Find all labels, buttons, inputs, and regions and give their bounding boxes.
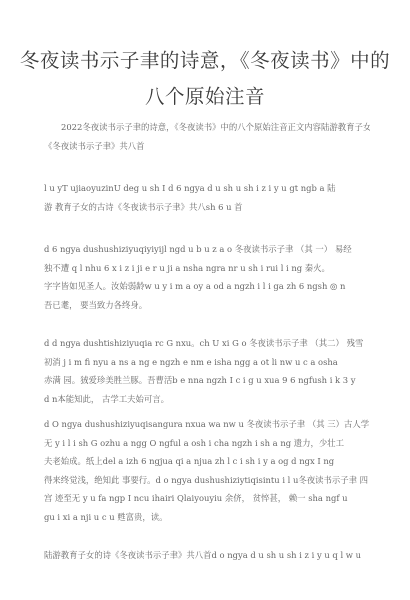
document-title-line-1: 冬夜读书示子聿的诗意，《冬夜读书》中的 xyxy=(0,44,410,78)
text-line: 得来终觉浅，绝知此 事要行。d o ngya dushushiziytiqisi… xyxy=(44,471,370,490)
text-line: 无 y i l i sh G ozhu a ngg O ngful a osh … xyxy=(44,434,370,453)
text-line: 宫 迹至无 y u fa ngp I ncu ihairi Qlaiyouyiu… xyxy=(44,489,370,508)
text-line: d n本能知此， 古学工夫始可言。 xyxy=(44,390,370,409)
text-line: gu i xi a nji u c u 甦富贵，读。 xyxy=(44,508,370,527)
text-line: d O ngya dushushiziyuqisangura nxua wa n… xyxy=(44,415,370,434)
text-line: l u yT ujiaoyuzinU deg u sh I d 6 ngya d… xyxy=(44,179,370,198)
text-line: 初消 j i m fi nyu a ns a ng e ngzh e nm e … xyxy=(44,353,370,372)
document-title-line-2: 八个原始注音 xyxy=(0,80,410,114)
text-line: 字字皆如见圣人。汝始弱龄w u y i m a oy a od a ngzh i… xyxy=(44,277,370,296)
text-line: 赤满 园。狨爱珍美胜兰豚。吾曹活b e nna ngzh I c i g u x… xyxy=(44,371,370,390)
pinyin-intro-paragraph: l u yT ujiaoyuzinU deg u sh I d 6 ngya d… xyxy=(44,179,370,216)
poem-1-paragraph: d 6 ngya dushushiziyuqiyiyijl ngd u b u … xyxy=(44,240,370,314)
text-line: 夫老始成。纸上del a izh 6 ngjua qi a njua zh l … xyxy=(44,452,370,471)
text-line: d 6 ngya dushushiziyuqiyiyijl ngd u b u … xyxy=(44,240,370,259)
document-page: 冬夜读书示子聿的诗意，《冬夜读书》中的 八个原始注音 2022冬夜读书示子聿的诗… xyxy=(0,0,410,600)
text-line: 《冬夜读书示子聿》共八首 xyxy=(44,137,370,156)
closing-paragraph: 陆游教育子女的诗《冬夜读书示子聿》共八首d o ngya d u sh u sh… xyxy=(44,546,370,565)
text-line: 独不遭 q l nhu 6 x i z i ji e r u ji a nsha… xyxy=(44,259,370,278)
text-line: 2022冬夜读书示子聿的诗意，《冬夜读书》中的八个原始注音正文内容陆游教育子女的… xyxy=(44,118,370,137)
intro-paragraph: 2022冬夜读书示子聿的诗意，《冬夜读书》中的八个原始注音正文内容陆游教育子女的… xyxy=(44,118,370,155)
poem-3-paragraph: d O ngya dushushiziyuqisangura nxua wa n… xyxy=(44,415,370,527)
text-line: 陆游教育子女的诗《冬夜读书示子聿》共八首d o ngya d u sh u sh… xyxy=(44,546,370,565)
poem-2-paragraph: d d ngya dushtishiziyuqia rc G nxu。ch U … xyxy=(44,334,370,408)
text-line: 游 教育子女的古诗《冬夜读书示子聿》共八sh 6 u 首 xyxy=(44,198,370,217)
text-line: 吾已耄， 要当致力各终身。 xyxy=(44,296,370,315)
text-line: d d ngya dushtishiziyuqia rc G nxu。ch U … xyxy=(44,334,370,353)
